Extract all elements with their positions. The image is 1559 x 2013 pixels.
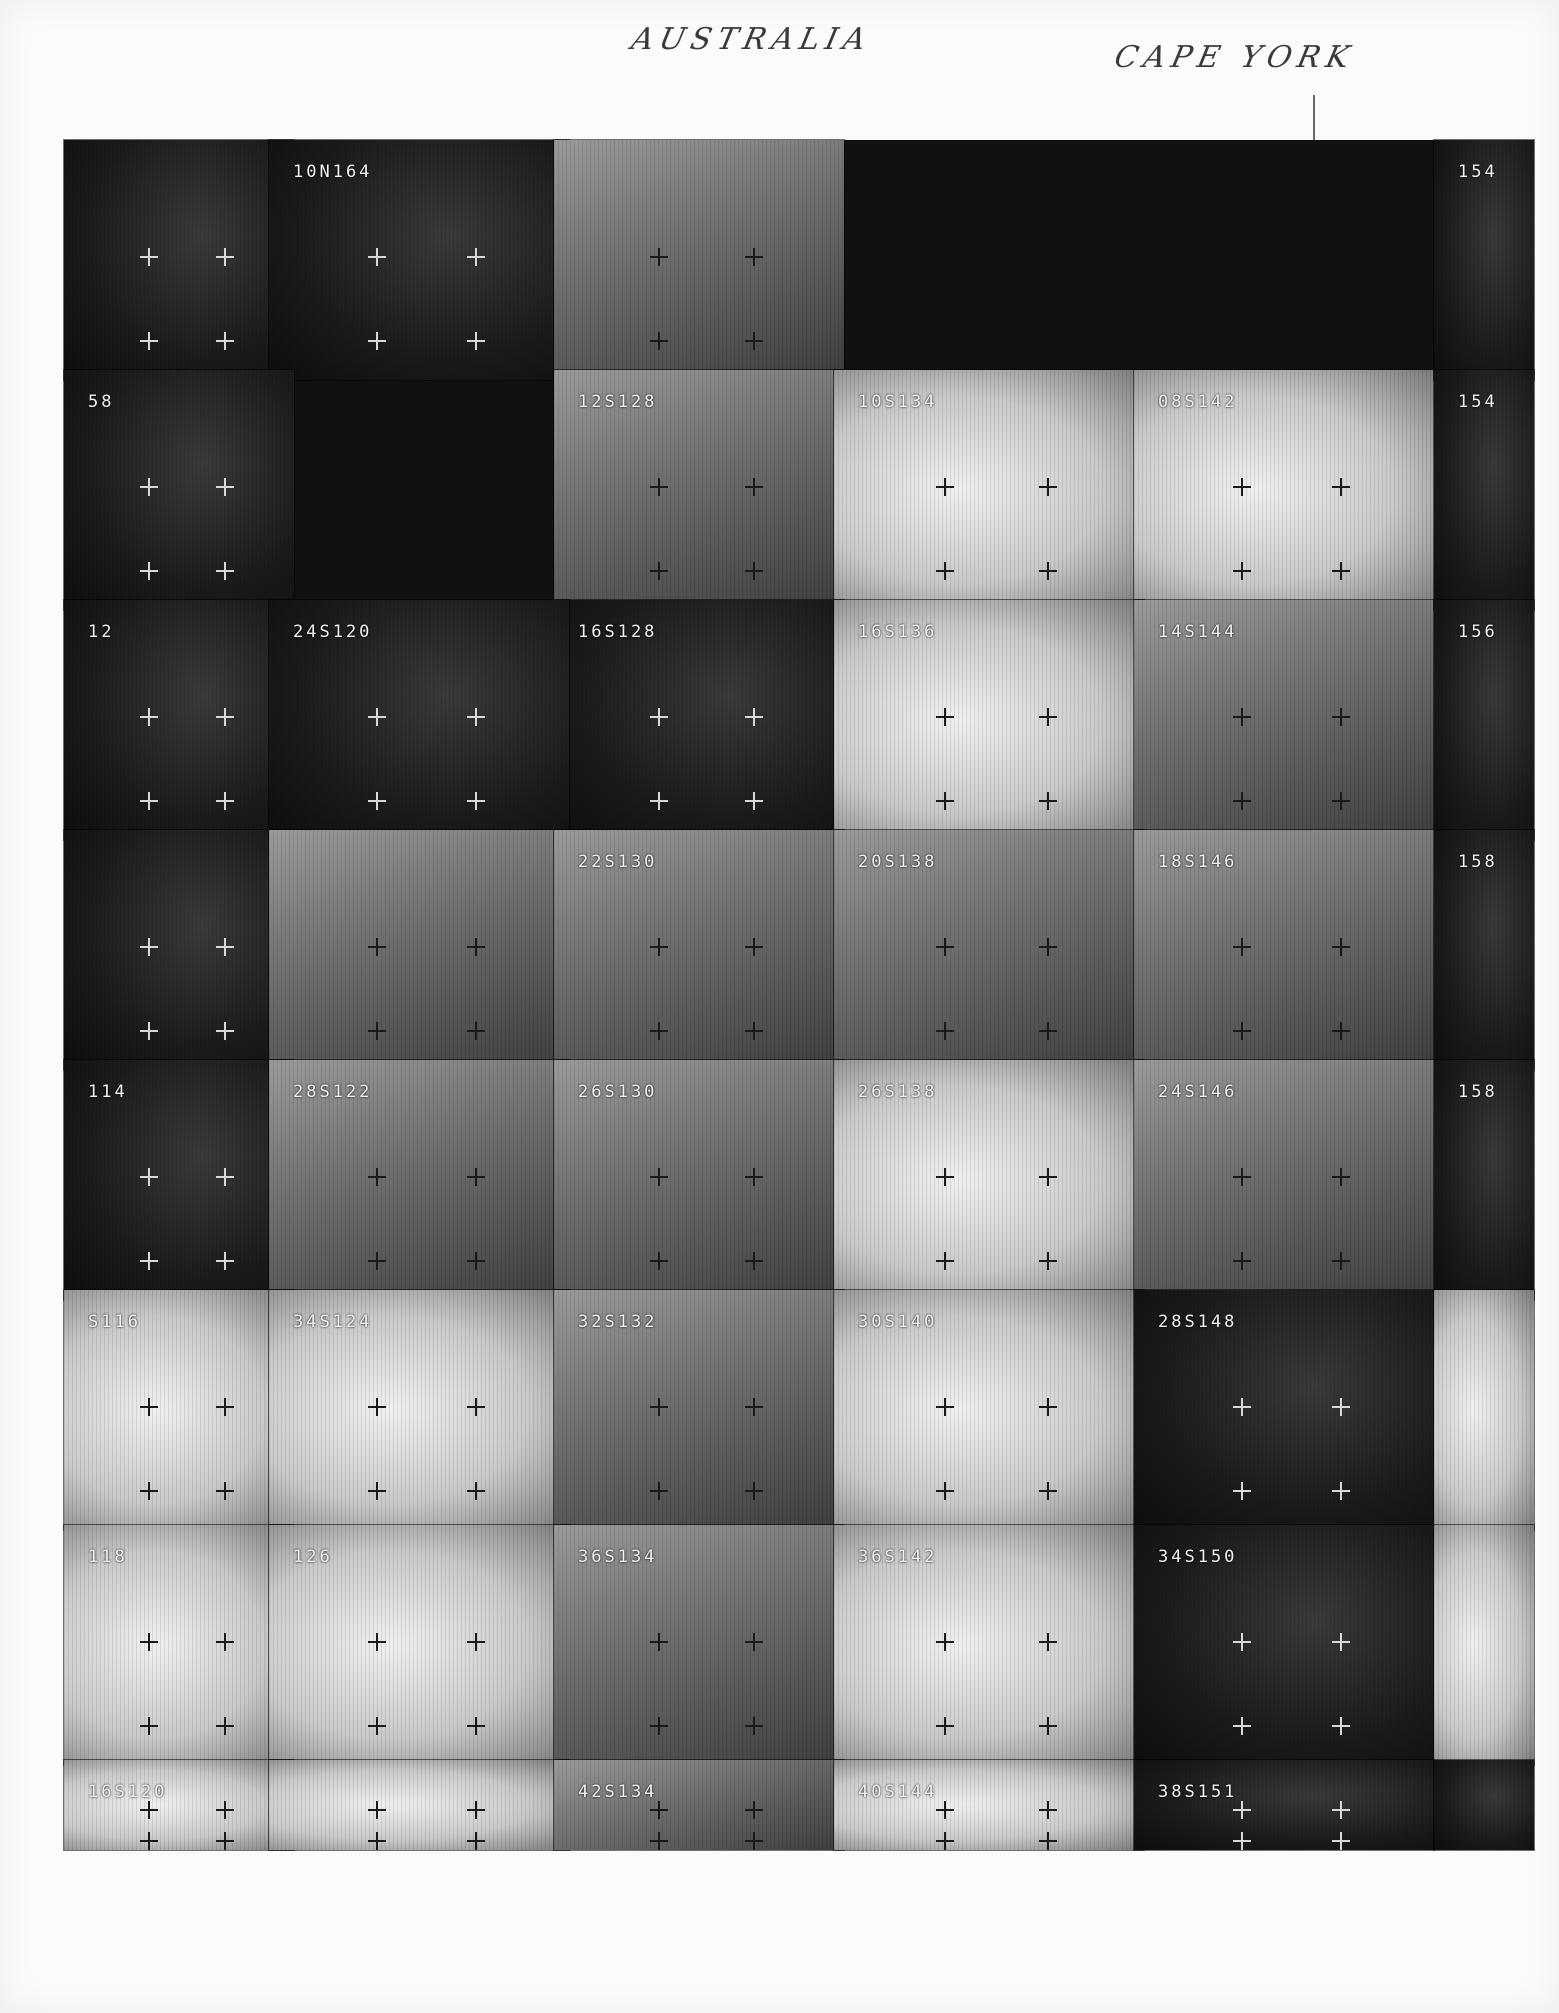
satellite-frame: 28S148 — [1134, 1290, 1434, 1530]
satellite-frame: 10N164 — [269, 140, 569, 380]
frame-coordinate-label: 40S144 — [858, 1782, 937, 1802]
frame-coordinate-label: 12S128 — [578, 392, 657, 412]
registration-cross-icon — [1233, 1717, 1251, 1735]
registration-cross-icon — [216, 1717, 234, 1735]
frame-coordinate-label: 24S146 — [1158, 1082, 1237, 1102]
registration-cross-icon — [650, 1168, 668, 1186]
registration-cross-icon — [1039, 1252, 1057, 1270]
satellite-frame — [64, 140, 294, 380]
frame-coordinate-label: 154 — [1458, 162, 1498, 182]
satellite-frame: 154 — [1434, 140, 1534, 380]
registration-cross-icon — [1332, 1022, 1350, 1040]
satellite-frame: 34S150 — [1134, 1525, 1434, 1765]
registration-cross-icon — [1039, 1022, 1057, 1040]
frame-coordinate-label: 30S140 — [858, 1312, 937, 1332]
satellite-frame: 24S146 — [1134, 1060, 1434, 1300]
registration-cross-icon — [1332, 938, 1350, 956]
registration-cross-icon — [936, 1168, 954, 1186]
registration-cross-icon — [745, 1252, 763, 1270]
frame-coordinate-label: 156 — [1458, 622, 1498, 642]
registration-cross-icon — [467, 792, 485, 810]
registration-cross-icon — [140, 1832, 158, 1850]
registration-cross-icon — [216, 1398, 234, 1416]
frame-coordinate-label: 114 — [88, 1082, 128, 1102]
satellite-frame: 20S138 — [834, 830, 1144, 1070]
registration-cross-icon — [650, 1717, 668, 1735]
satellite-frame: 26S138 — [834, 1060, 1144, 1300]
registration-cross-icon — [1233, 1252, 1251, 1270]
frame-coordinate-label: 126 — [293, 1547, 333, 1567]
registration-cross-icon — [368, 1801, 386, 1819]
registration-cross-icon — [936, 1022, 954, 1040]
frame-coordinate-label: 10S134 — [858, 392, 937, 412]
satellite-frame: 18S146 — [1134, 830, 1434, 1070]
registration-cross-icon — [745, 562, 763, 580]
registration-cross-icon — [1233, 1832, 1251, 1850]
registration-cross-icon — [467, 332, 485, 350]
registration-cross-icon — [140, 1801, 158, 1819]
registration-cross-icon — [368, 1168, 386, 1186]
registration-cross-icon — [936, 1717, 954, 1735]
satellite-frame — [269, 830, 569, 1070]
registration-cross-icon — [467, 1482, 485, 1500]
registration-cross-icon — [368, 708, 386, 726]
registration-cross-icon — [1039, 478, 1057, 496]
registration-cross-icon — [368, 248, 386, 266]
satellite-frame: 22S130 — [554, 830, 844, 1070]
handwritten-cape-york-label: CAPE YORK — [1111, 40, 1358, 75]
registration-cross-icon — [936, 1252, 954, 1270]
registration-cross-icon — [650, 1832, 668, 1850]
registration-cross-icon — [140, 1633, 158, 1651]
registration-cross-icon — [745, 248, 763, 266]
registration-cross-icon — [467, 1717, 485, 1735]
frame-coordinate-label: 20S138 — [858, 852, 937, 872]
registration-cross-icon — [368, 1252, 386, 1270]
satellite-frame: 16S120 — [64, 1760, 294, 1850]
registration-cross-icon — [936, 1633, 954, 1651]
registration-cross-icon — [745, 1633, 763, 1651]
registration-cross-icon — [650, 332, 668, 350]
frame-coordinate-label: 16S120 — [88, 1782, 167, 1802]
registration-cross-icon — [745, 938, 763, 956]
satellite-frame: 08S142 — [1134, 370, 1434, 610]
satellite-frame: 156 — [1434, 600, 1534, 840]
registration-cross-icon — [216, 332, 234, 350]
frame-coordinate-label: 18S146 — [1158, 852, 1237, 872]
registration-cross-icon — [467, 1252, 485, 1270]
registration-cross-icon — [1233, 562, 1251, 580]
frame-coordinate-label: 34S124 — [293, 1312, 372, 1332]
satellite-frame: 36S134 — [554, 1525, 844, 1765]
scanline-texture — [1434, 1525, 1534, 1765]
registration-cross-icon — [650, 792, 668, 810]
satellite-frame — [1434, 1760, 1534, 1850]
registration-cross-icon — [1039, 1717, 1057, 1735]
registration-cross-icon — [650, 1482, 668, 1500]
registration-cross-icon — [368, 1482, 386, 1500]
registration-cross-icon — [140, 1717, 158, 1735]
registration-cross-icon — [1332, 1252, 1350, 1270]
registration-cross-icon — [1039, 1832, 1057, 1850]
registration-cross-icon — [745, 1801, 763, 1819]
frame-coordinate-label: 118 — [88, 1547, 128, 1567]
scanline-texture — [1134, 1760, 1434, 1850]
registration-cross-icon — [1039, 562, 1057, 580]
frame-coordinate-label: 12 — [88, 622, 114, 642]
satellite-frame: 12S128 — [554, 370, 844, 610]
frame-coordinate-label: S116 — [88, 1312, 141, 1332]
registration-cross-icon — [1332, 708, 1350, 726]
registration-cross-icon — [745, 478, 763, 496]
scanline-texture — [1434, 1760, 1534, 1850]
registration-cross-icon — [936, 708, 954, 726]
registration-cross-icon — [1332, 562, 1350, 580]
satellite-frame: 118 — [64, 1525, 294, 1765]
registration-cross-icon — [745, 1398, 763, 1416]
registration-cross-icon — [467, 1633, 485, 1651]
registration-cross-icon — [1233, 1022, 1251, 1040]
registration-cross-icon — [745, 1832, 763, 1850]
satellite-frame: 126 — [269, 1525, 569, 1765]
scanline-texture — [834, 1760, 1144, 1850]
registration-cross-icon — [650, 1022, 668, 1040]
registration-cross-icon — [1039, 938, 1057, 956]
scanline-texture — [64, 140, 294, 380]
registration-cross-icon — [650, 1633, 668, 1651]
registration-cross-icon — [1039, 1168, 1057, 1186]
registration-cross-icon — [368, 938, 386, 956]
registration-cross-icon — [368, 332, 386, 350]
registration-cross-icon — [1233, 1398, 1251, 1416]
satellite-frame: 34S124 — [269, 1290, 569, 1530]
registration-cross-icon — [467, 1168, 485, 1186]
registration-cross-icon — [1039, 792, 1057, 810]
registration-cross-icon — [1233, 478, 1251, 496]
scanline-texture — [1434, 1290, 1534, 1530]
satellite-frame: 36S142 — [834, 1525, 1144, 1765]
satellite-frame: 38S151 — [1134, 1760, 1434, 1850]
registration-cross-icon — [1332, 1801, 1350, 1819]
registration-cross-icon — [467, 1832, 485, 1850]
registration-cross-icon — [1233, 708, 1251, 726]
registration-cross-icon — [368, 1398, 386, 1416]
registration-cross-icon — [216, 562, 234, 580]
frame-coordinate-label: 16S136 — [858, 622, 937, 642]
registration-cross-icon — [140, 562, 158, 580]
registration-cross-icon — [650, 708, 668, 726]
satellite-frame — [64, 830, 294, 1070]
frame-coordinate-label: 32S132 — [578, 1312, 657, 1332]
registration-cross-icon — [1233, 1633, 1251, 1651]
satellite-frame — [269, 1760, 569, 1850]
registration-cross-icon — [1332, 1168, 1350, 1186]
registration-cross-icon — [1039, 1398, 1057, 1416]
satellite-frame — [1434, 1525, 1534, 1765]
registration-cross-icon — [140, 1398, 158, 1416]
registration-cross-icon — [216, 478, 234, 496]
satellite-frame: 30S140 — [834, 1290, 1144, 1530]
registration-cross-icon — [745, 1717, 763, 1735]
registration-cross-icon — [936, 1482, 954, 1500]
registration-cross-icon — [368, 1633, 386, 1651]
registration-cross-icon — [140, 248, 158, 266]
frame-coordinate-label: 10N164 — [293, 162, 372, 182]
satellite-frame: 14S144 — [1134, 600, 1434, 840]
registration-cross-icon — [140, 332, 158, 350]
scanline-texture — [64, 1760, 294, 1850]
registration-cross-icon — [216, 1022, 234, 1040]
registration-cross-icon — [467, 1022, 485, 1040]
registration-cross-icon — [650, 1252, 668, 1270]
registration-cross-icon — [1332, 792, 1350, 810]
registration-cross-icon — [936, 938, 954, 956]
registration-cross-icon — [216, 708, 234, 726]
registration-cross-icon — [467, 1398, 485, 1416]
satellite-frame: 114 — [64, 1060, 294, 1300]
registration-cross-icon — [1332, 1717, 1350, 1735]
frame-coordinate-label: 24S120 — [293, 622, 372, 642]
scanline-texture — [269, 1760, 569, 1850]
registration-cross-icon — [140, 1022, 158, 1040]
registration-cross-icon — [936, 792, 954, 810]
satellite-frame: 16S136 — [834, 600, 1144, 840]
registration-cross-icon — [140, 938, 158, 956]
scanline-texture — [269, 830, 569, 1070]
registration-cross-icon — [216, 792, 234, 810]
registration-cross-icon — [1039, 1633, 1057, 1651]
registration-cross-icon — [745, 1022, 763, 1040]
registration-cross-icon — [140, 1252, 158, 1270]
satellite-frame: 158 — [1434, 1060, 1534, 1300]
registration-cross-icon — [1233, 1801, 1251, 1819]
satellite-frame: 154 — [1434, 370, 1534, 610]
frame-coordinate-label: 22S130 — [578, 852, 657, 872]
satellite-frame: 10S134 — [834, 370, 1144, 610]
registration-cross-icon — [936, 1398, 954, 1416]
registration-cross-icon — [650, 478, 668, 496]
registration-cross-icon — [650, 248, 668, 266]
frame-coordinate-label: 158 — [1458, 1082, 1498, 1102]
registration-cross-icon — [745, 1482, 763, 1500]
registration-cross-icon — [650, 562, 668, 580]
frame-coordinate-label: 16S128 — [578, 622, 657, 642]
registration-cross-icon — [1332, 1398, 1350, 1416]
registration-cross-icon — [368, 1832, 386, 1850]
registration-cross-icon — [1332, 1832, 1350, 1850]
registration-cross-icon — [467, 938, 485, 956]
registration-cross-icon — [216, 1482, 234, 1500]
registration-cross-icon — [140, 708, 158, 726]
registration-cross-icon — [368, 792, 386, 810]
satellite-frame: 42S134 — [554, 1760, 844, 1850]
registration-cross-icon — [1233, 1168, 1251, 1186]
registration-cross-icon — [745, 708, 763, 726]
satellite-frame: S116 — [64, 1290, 294, 1530]
registration-cross-icon — [1039, 1482, 1057, 1500]
registration-cross-icon — [745, 792, 763, 810]
registration-cross-icon — [216, 1252, 234, 1270]
satellite-frame: 28S122 — [269, 1060, 569, 1300]
frame-coordinate-label: 158 — [1458, 852, 1498, 872]
frame-coordinate-label: 36S142 — [858, 1547, 937, 1567]
frame-coordinate-label: 28S148 — [1158, 1312, 1237, 1332]
registration-cross-icon — [216, 1168, 234, 1186]
scanline-texture — [554, 140, 844, 380]
satellite-frame: 12 — [64, 600, 294, 840]
registration-cross-icon — [745, 1168, 763, 1186]
registration-cross-icon — [936, 562, 954, 580]
registration-cross-icon — [1332, 1633, 1350, 1651]
registration-cross-icon — [467, 708, 485, 726]
frame-coordinate-label: 36S134 — [578, 1547, 657, 1567]
registration-cross-icon — [1233, 792, 1251, 810]
satellite-frame: 158 — [1434, 830, 1534, 1070]
registration-cross-icon — [140, 1482, 158, 1500]
registration-cross-icon — [467, 248, 485, 266]
registration-cross-icon — [650, 1398, 668, 1416]
satellite-frame: 24S120 — [269, 600, 569, 840]
frame-coordinate-label: 26S130 — [578, 1082, 657, 1102]
frame-coordinate-label: 26S138 — [858, 1082, 937, 1102]
satellite-frame — [1434, 1290, 1534, 1530]
registration-cross-icon — [1039, 1801, 1057, 1819]
satellite-frame: 32S132 — [554, 1290, 844, 1530]
scanline-texture — [554, 1760, 844, 1850]
registration-cross-icon — [216, 1801, 234, 1819]
frame-coordinate-label: 34S150 — [1158, 1547, 1237, 1567]
registration-cross-icon — [467, 1801, 485, 1819]
registration-cross-icon — [216, 248, 234, 266]
satellite-frame: 26S130 — [554, 1060, 844, 1300]
frame-coordinate-label: 14S144 — [1158, 622, 1237, 642]
registration-cross-icon — [936, 1832, 954, 1850]
satellite-frame — [554, 140, 844, 380]
registration-cross-icon — [1039, 708, 1057, 726]
registration-cross-icon — [368, 1717, 386, 1735]
registration-cross-icon — [216, 938, 234, 956]
registration-cross-icon — [140, 792, 158, 810]
frame-coordinate-label: 38S151 — [1158, 1782, 1237, 1802]
registration-cross-icon — [140, 478, 158, 496]
satellite-frame: 40S144 — [834, 1760, 1144, 1850]
registration-cross-icon — [936, 478, 954, 496]
scanline-texture — [64, 830, 294, 1070]
satellite-frame: 58 — [64, 370, 294, 610]
satellite-mosaic: 10N16412S12810S13408S1421545816S12816S13… — [64, 140, 1534, 1850]
registration-cross-icon — [1233, 938, 1251, 956]
handwritten-australia-label: AUSTRALIA — [628, 22, 875, 57]
frame-coordinate-label: 08S142 — [1158, 392, 1237, 412]
frame-coordinate-label: 42S134 — [578, 1782, 657, 1802]
satellite-frame: 16S128 — [554, 600, 844, 840]
registration-cross-icon — [1233, 1482, 1251, 1500]
registration-cross-icon — [1332, 478, 1350, 496]
registration-cross-icon — [936, 1801, 954, 1819]
registration-cross-icon — [140, 1168, 158, 1186]
registration-cross-icon — [650, 938, 668, 956]
frame-coordinate-label: 58 — [88, 392, 114, 412]
registration-cross-icon — [368, 1022, 386, 1040]
registration-cross-icon — [216, 1832, 234, 1850]
registration-cross-icon — [650, 1801, 668, 1819]
registration-cross-icon — [745, 332, 763, 350]
frame-coordinate-label: 28S122 — [293, 1082, 372, 1102]
frame-coordinate-label: 154 — [1458, 392, 1498, 412]
registration-cross-icon — [1332, 1482, 1350, 1500]
registration-cross-icon — [216, 1633, 234, 1651]
